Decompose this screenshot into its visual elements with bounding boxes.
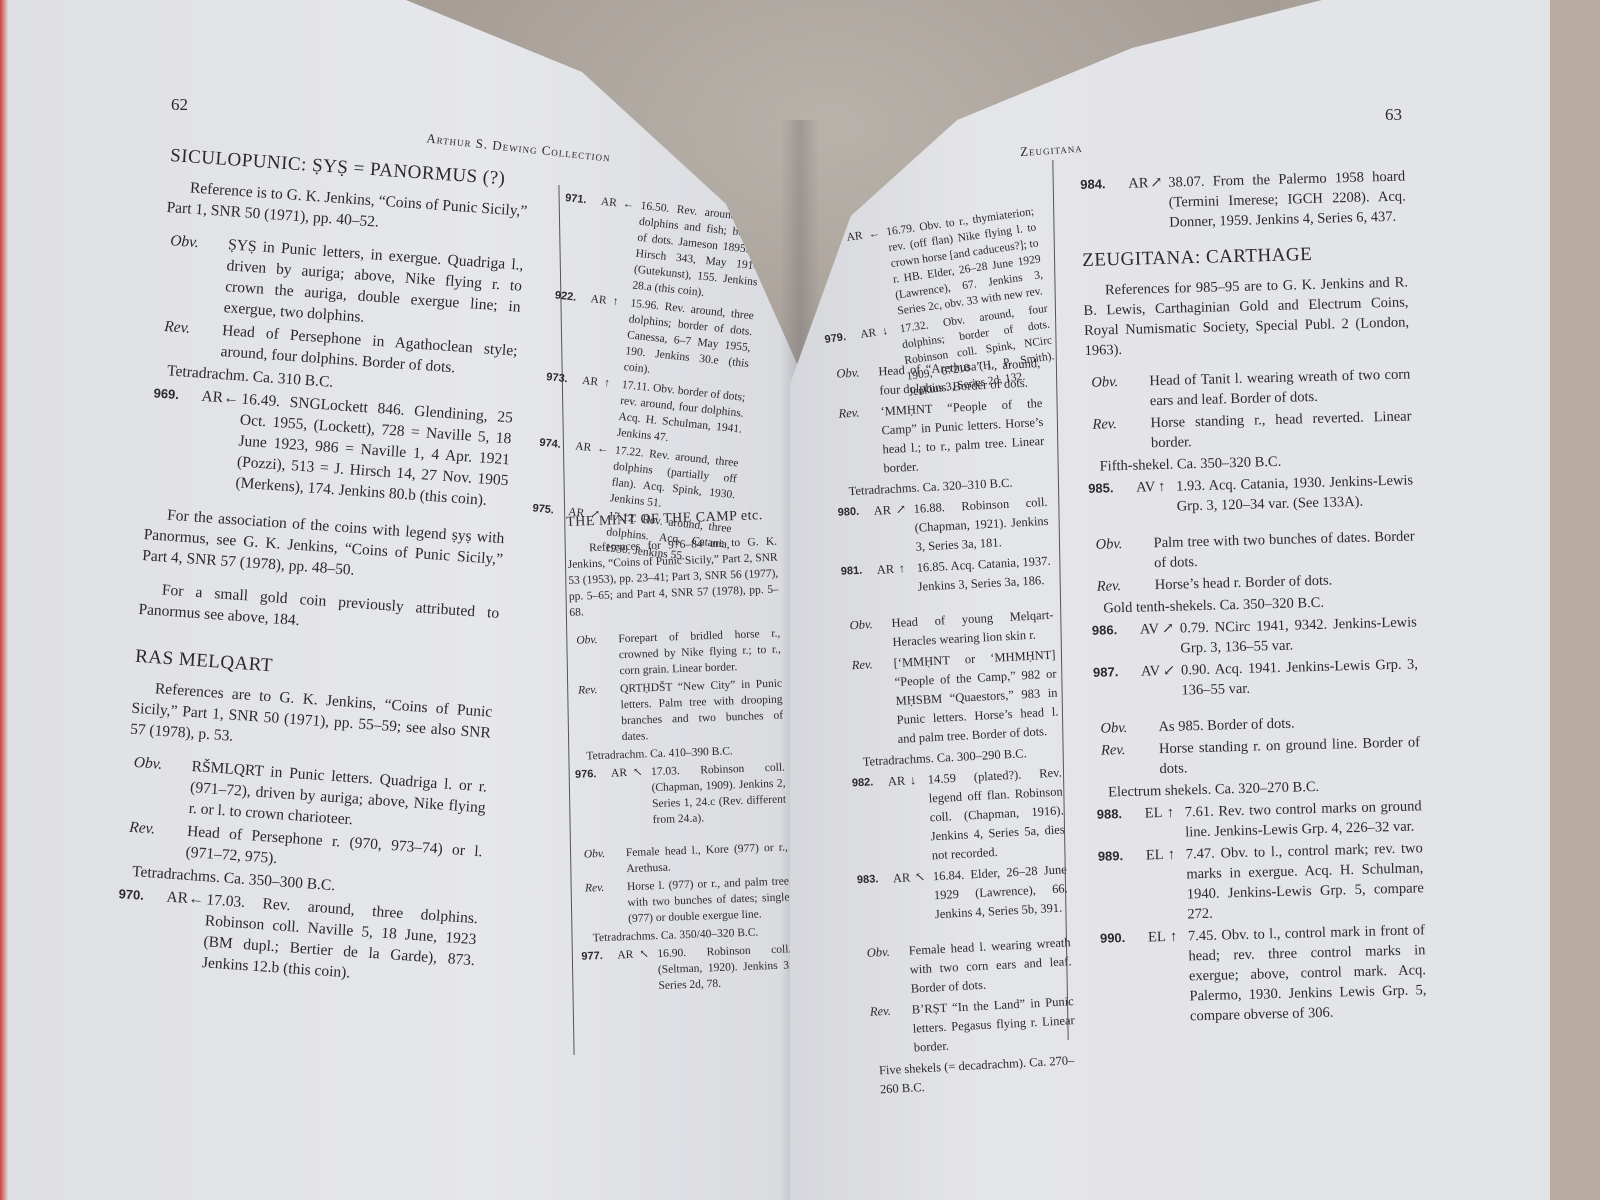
catalogue-entry-988: 988.EL↑7.61. Rev. two control marks on g… <box>1096 796 1422 844</box>
die-axis-arrow-icon: ↑ <box>1158 477 1177 517</box>
page-number-left: 62 <box>171 95 188 115</box>
running-head-left: Arthur S. Dewing Collection <box>426 130 612 165</box>
die-axis-arrow-icon: ↙ <box>1163 661 1182 701</box>
reverse-description: Rev.Horse standing r., head reverted. Li… <box>1086 406 1412 454</box>
catalogue-entry-984: 984.AR↗38.07. From the Palermo 1958 hoar… <box>1080 166 1406 234</box>
die-axis-arrow-icon: ↗ <box>1162 619 1181 659</box>
book-edge <box>0 0 8 1200</box>
catalogue-entry-989: 989.EL↑7.47. Obv. to l., control mark; r… <box>1098 838 1425 926</box>
reverse-description: Rev.‘MMḤNT “People of the Camp” in Punic… <box>832 394 1046 481</box>
die-axis-arrow-icon: ↗ <box>1150 173 1170 233</box>
die-axis-arrow-icon: ↑ <box>1168 844 1188 924</box>
right-page-column-2: 984.AR↗38.07. From the Palermo 1958 hoar… <box>1080 166 1427 1030</box>
obverse-description: Obv.Female head l. wearing wreath with t… <box>860 933 1073 1001</box>
denomination: Five shekels (= decadrachm). Ca. 270–260… <box>879 1051 1079 1099</box>
catalogue-entry-987: 987.AV↙0.90. Acq. 1941. Jenkins-Lewis Gr… <box>1093 654 1419 702</box>
reverse-description: Rev.Horse standing r. on ground line. Bo… <box>1095 732 1421 780</box>
reverse-description: Rev.QRTḤDŠT “New City” in Punic letters.… <box>572 676 784 747</box>
reverse-description: Rev.[‘MMḤNT or ‘MHMḤNT] “People of the C… <box>845 646 1060 752</box>
catalogue-entry-976: 976.AR↖17.03. Robinson coll. (Chapman, 1… <box>575 760 787 831</box>
running-head-right: Zeugitana <box>1020 140 1084 160</box>
obverse-description: Obv.Forepart of bridled horse r., crowne… <box>570 626 782 681</box>
die-axis-arrow-icon: ↑ <box>1166 802 1185 842</box>
catalogue-entry-986: 986.AV↗0.79. NCirc 1941, 9342. Jenkins-L… <box>1092 612 1418 660</box>
intro-paragraph: References for 985–95 are to G. K. Jenki… <box>1083 272 1410 360</box>
catalogue-entry-983: 983.AR↖16.84. Elder, 26–28 June 1929 (La… <box>857 860 1070 928</box>
obverse-description: Obv.Female head l., Kore (977) or r., Ar… <box>578 839 789 878</box>
catalogue-entry-990: 990.EL↑7.45. Obv. to l., control mark in… <box>1100 920 1428 1028</box>
die-axis-arrow-icon: ↑ <box>898 559 918 598</box>
reverse-description: Rev.Horse l. (977) or r., and palm tree … <box>579 873 791 928</box>
obverse-description: Obv.Head of Tanit l. wearing wreath of t… <box>1085 364 1411 412</box>
catalogue-entry-977: 977.AR↖16.90. Robinson coll. (Seltman, 1… <box>581 941 793 996</box>
obverse-description: Obv.Palm tree with two bunches of dates.… <box>1089 526 1415 574</box>
left-page-column-1: SICULOPUNIC: ṢYṢ = PANORMUS (?) Referenc… <box>113 145 530 994</box>
left-page-column-2-lower: THE MINT OF THE CAMP etc. References for… <box>566 508 793 999</box>
left-page: 62 Arthur S. Dewing Collection SICULOPUN… <box>6 0 806 1200</box>
reverse-description: Rev.B’RṢT “In the Land” in Punic letters… <box>863 992 1076 1060</box>
die-axis-arrow-icon: ↖ <box>633 764 653 829</box>
page-number-right: 63 <box>1385 105 1402 125</box>
catalogue-entry-982: 982.AR↓14.59 (plated?). Rev. legend off … <box>851 763 1066 869</box>
intro-paragraph: References are to G. K. Jenkins, “Coins … <box>129 677 493 765</box>
right-page-column-1-lower: Obv.Head of “Arethusa” l., around, four … <box>830 354 1078 1102</box>
intro-paragraph: References for 976–84 are to G. K. Jenki… <box>567 534 780 621</box>
catalogue-entry-985: 985.AV↑1.93. Acq. Catania, 1930. Jenkins… <box>1088 470 1414 518</box>
right-page: 63 Zeugitana 978.AR←16.79. Obv. to r., t… <box>790 0 1550 1200</box>
die-axis-arrow-icon: ↖ <box>639 946 659 995</box>
catalogue-entry-980: 980.AR↗16.88. Robinson coll. (Chapman, 1… <box>837 493 1050 561</box>
